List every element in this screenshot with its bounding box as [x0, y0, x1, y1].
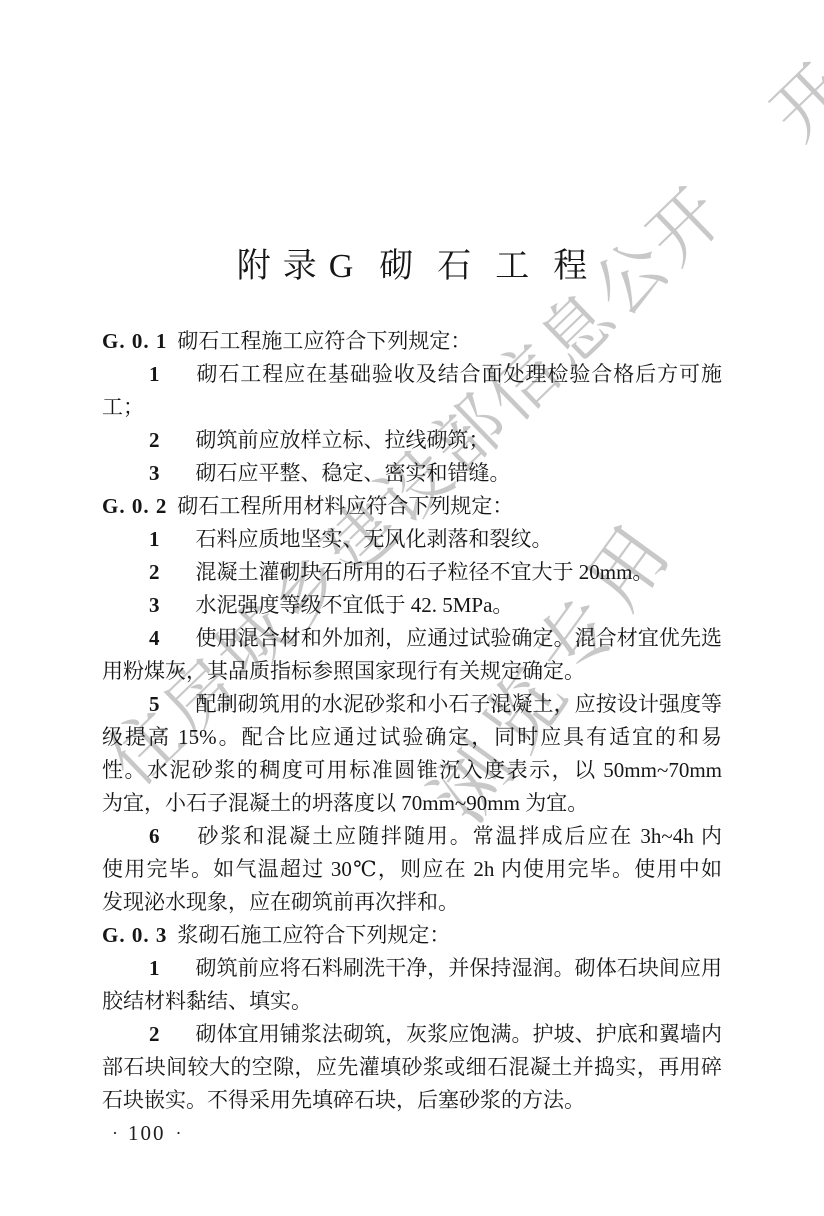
text-line: 6砂浆和混凝土应随拌随用。常温拌成后应在 3h~4h 内 — [102, 820, 722, 853]
item-number: 2 — [149, 560, 160, 584]
line-text: 浆砌石施工应符合下列规定： — [177, 923, 450, 947]
line-text: 性。水泥砂浆的稠度可用标准圆锥沉入度表示，以 50mm~70mm — [102, 758, 722, 782]
clause-number: G. 0. 1 — [102, 329, 167, 353]
text-line: 石块嵌实。不得采用先填碎石块，后塞砂浆的方法。 — [102, 1084, 722, 1117]
line-text: 为宜，小石子混凝土的坍落度以 70mm~90mm 为宜。 — [102, 791, 588, 815]
item-number: 2 — [149, 428, 160, 452]
line-text: 用粉煤灰，其品质指标参照国家现行有关规定确定。 — [102, 659, 585, 683]
text-line: 使用完毕。如气温超过 30℃，则应在 2h 内使用完毕。使用中如 — [102, 853, 722, 886]
item-number: 6 — [149, 824, 160, 848]
text-line: 工； — [102, 391, 722, 424]
line-text: 使用混合材和外加剂，应通过试验确定。混合材宜优先选 — [196, 626, 723, 650]
text-line: 部石块间较大的空隙，应先灌填砂浆或细石混凝土并捣实，再用碎 — [102, 1051, 722, 1084]
body-text: G. 0. 1砌石工程施工应符合下列规定：1砌石工程应在基础验收及结合面处理检验… — [102, 325, 722, 1117]
line-text: 石块嵌实。不得采用先填碎石块，后塞砂浆的方法。 — [102, 1088, 585, 1112]
item-number: 1 — [149, 527, 160, 551]
item-number: 1 — [149, 956, 160, 980]
page-number-value: 100 — [128, 1121, 166, 1145]
text-line: 2砌体宜用铺浆法砌筑，灰浆应饱满。护坡、护底和翼墙内 — [102, 1018, 722, 1051]
text-line: 级提高 15%。配合比应通过试验确定，同时应具有适宜的和易 — [102, 721, 722, 754]
clause-number: G. 0. 3 — [102, 923, 167, 947]
line-text: 砂浆和混凝土应随拌随用。常温拌成后应在 3h~4h 内 — [196, 824, 723, 848]
line-text: 砌石工程应在基础验收及结合面处理检验合格后方可施 — [196, 362, 723, 386]
text-line: 2混凝土灌砌块石所用的石子粒径不宜大于 20mm。 — [102, 556, 722, 589]
text-line: 为宜，小石子混凝土的坍落度以 70mm~90mm 为宜。 — [102, 787, 722, 820]
appendix-title-prefix: 附录G — [237, 248, 366, 285]
line-text: 砌体宜用铺浆法砌筑，灰浆应饱满。护坡、护底和翼墙内 — [196, 1022, 723, 1046]
text-line: 1砌筑前应将石料刷洗干净，并保持湿润。砌体石块间应用 — [102, 952, 722, 985]
item-number: 2 — [149, 1022, 160, 1046]
line-text: 砌筑前应放样立标、拉线砌筑； — [196, 428, 490, 452]
line-text: 砌石工程施工应符合下列规定： — [177, 329, 471, 353]
clause-line: G. 0. 3浆砌石施工应符合下列规定： — [102, 919, 722, 952]
clause-number: G. 0. 2 — [102, 494, 167, 518]
page-number-right-dot: · — [176, 1123, 182, 1143]
line-text: 发现泌水现象，应在砌筑前再次拌和。 — [102, 890, 459, 914]
document-page: 住房城乡建设部信息公开 浏览专用 开 附录G砌石工程 G. 0. 1砌石工程施工… — [0, 0, 824, 1216]
item-number: 4 — [149, 626, 160, 650]
text-line: 胶结材料黏结、填实。 — [102, 985, 722, 1018]
line-text: 胶结材料黏结、填实。 — [102, 989, 312, 1013]
page-number-left-dot: · — [112, 1123, 118, 1143]
line-text: 级提高 15%。配合比应通过试验确定，同时应具有适宜的和易 — [102, 725, 722, 749]
text-line: 发现泌水现象，应在砌筑前再次拌和。 — [102, 886, 722, 919]
appendix-title-name: 砌石工程 — [379, 248, 611, 285]
appendix-title: 附录G砌石工程 — [0, 245, 824, 289]
item-number: 1 — [149, 362, 160, 386]
text-line: 性。水泥砂浆的稠度可用标准圆锥沉入度表示，以 50mm~70mm — [102, 754, 722, 787]
text-line: 4使用混合材和外加剂，应通过试验确定。混合材宜优先选 — [102, 622, 722, 655]
clause-line: G. 0. 1砌石工程施工应符合下列规定： — [102, 325, 722, 358]
page-number: ·100· — [112, 1121, 182, 1146]
line-text: 使用完毕。如气温超过 30℃，则应在 2h 内使用完毕。使用中如 — [102, 857, 722, 881]
item-number: 3 — [149, 461, 160, 485]
text-line: 5配制砌筑用的水泥砂浆和小石子混凝土，应按设计强度等 — [102, 688, 722, 721]
line-text: 砌石应平整、稳定、密实和错缝。 — [196, 461, 511, 485]
text-line: 3砌石应平整、稳定、密实和错缝。 — [102, 457, 722, 490]
item-number: 3 — [149, 593, 160, 617]
line-text: 砌筑前应将石料刷洗干净，并保持湿润。砌体石块间应用 — [196, 956, 723, 980]
text-line: 2砌筑前应放样立标、拉线砌筑； — [102, 424, 722, 457]
line-text: 配制砌筑用的水泥砂浆和小石子混凝土，应按设计强度等 — [196, 692, 723, 716]
text-line: 3水泥强度等级不宜低于 42. 5MPa。 — [102, 589, 722, 622]
text-line: 1砌石工程应在基础验收及结合面处理检验合格后方可施 — [102, 358, 722, 391]
line-text: 砌石工程所用材料应符合下列规定： — [177, 494, 513, 518]
line-text: 部石块间较大的空隙，应先灌填砂浆或细石混凝土并捣实，再用碎 — [102, 1055, 722, 1079]
line-text: 混凝土灌砌块石所用的石子粒径不宜大于 20mm。 — [196, 560, 654, 584]
text-line: 用粉煤灰，其品质指标参照国家现行有关规定确定。 — [102, 655, 722, 688]
line-text: 石料应质地坚实、无风化剥落和裂纹。 — [196, 527, 553, 551]
clause-line: G. 0. 2砌石工程所用材料应符合下列规定： — [102, 490, 722, 523]
text-line: 1石料应质地坚实、无风化剥落和裂纹。 — [102, 523, 722, 556]
item-number: 5 — [149, 692, 160, 716]
line-text: 水泥强度等级不宜低于 42. 5MPa。 — [196, 593, 514, 617]
watermark-corner-fragment: 开 — [745, 37, 824, 158]
line-text: 工； — [102, 395, 144, 419]
